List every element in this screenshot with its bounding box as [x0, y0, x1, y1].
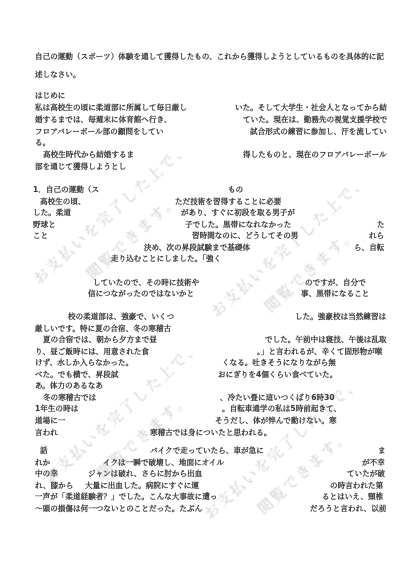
text-fragment: ま [378, 446, 386, 455]
text-fragment: 校の柔道部は、強豪で、いくつ [68, 312, 174, 321]
text-fragment: るとはいえ、頸椎 [322, 492, 383, 501]
text-fragment: ていた。現在は、勤務先の視覚支援学校で [243, 115, 387, 124]
text-fragment: 私は高校生の頃に柔道部に所属して毎日厳し [35, 103, 187, 112]
text-fragment: ら、自転 [354, 243, 384, 252]
text-fragment: こと [33, 231, 48, 240]
text-fragment: 述しなさい。 [35, 70, 81, 79]
text-fragment: 大量に出血した。病院にすぐに運 [85, 481, 199, 490]
text-fragment: あ。体力のあるなあ [35, 381, 103, 390]
text-fragment: 高校生の頃、 [40, 197, 86, 206]
text-fragment: 中の幸 [35, 469, 58, 478]
text-fragment: バイクで走っていたら、車が急に [150, 446, 264, 455]
text-fragment: 1年生の時は [35, 404, 78, 413]
text-fragment: 厳しいです。特に夏の合宿、冬の寒稽古 [35, 324, 171, 333]
text-fragment: 信につながったのではないかと [88, 289, 194, 298]
text-fragment: 言われ [35, 428, 58, 437]
text-fragment: 夏の合宿では、朝から夕方まで昼 [43, 335, 157, 344]
text-fragment: 自己の運動（スポーツ）体験を通して獲得したもの、これから獲得しようとしているもの… [35, 52, 384, 61]
text-fragment: 野球と [33, 220, 56, 229]
text-fragment: ていたが破 [347, 469, 385, 478]
text-fragment: る。 [35, 138, 50, 147]
text-fragment: 1．自己の運動（ス [33, 185, 99, 194]
text-fragment: 子でした。黒帯になれなかった [185, 220, 291, 229]
text-fragment: もの [228, 185, 243, 194]
text-fragment: だろうと言われ、以前 [310, 504, 386, 513]
text-fragment: けず、水しか入らなかった。 [35, 358, 133, 367]
text-fragment: 。」と言われるが、辛くて固形物が喉 [257, 347, 382, 356]
text-fragment: 部を通じて獲得しようとし [35, 162, 126, 171]
text-fragment: そうだし、体が悴んで動けない。寒 [215, 416, 337, 425]
text-fragment: 事、黒帯になること [301, 289, 369, 298]
text-fragment: べた。でも横で、昇段試 [35, 370, 118, 379]
text-fragment: 習時間なのに、どうしてその男 [192, 231, 298, 240]
text-fragment: ただ技術を習得することに必要 [175, 197, 281, 206]
document-page: お支払いを完了した上で、閲覧できます。お支払いを完了した上で、閲覧できます。お支… [0, 0, 410, 580]
text-fragment: していたので、その時に技術や [93, 278, 199, 287]
text-fragment: ジャンは破れ、さらに肘から出血 [88, 469, 202, 478]
text-fragment: り、昼ご飯時には、用意された食 [35, 347, 149, 356]
text-fragment: 走り込むことにしました。「強く [111, 254, 221, 263]
text-fragment: の時言われた第 [330, 481, 383, 490]
text-fragment: はじめに [35, 91, 65, 100]
text-fragment: いた。そして大学生・社会人となってから結 [235, 103, 387, 112]
text-fragment: おにぎりを4個くらい食べていた。 [218, 370, 337, 379]
text-fragment: した。強豪校は当然練習は [295, 312, 386, 321]
text-fragment: 道場に一 [35, 416, 65, 425]
text-fragment: 高校生時代から結婚するま [43, 150, 134, 159]
text-fragment: でした。午前中は寝技、午後は乱取 [265, 335, 387, 344]
text-fragment: のですが、自分で [305, 278, 366, 287]
text-fragment: れら [369, 231, 384, 240]
text-fragment: 婚するまでは、毎週末に体育館へ行き、 [35, 115, 172, 124]
text-fragment: 得したものと、現在のフロアバレーボール [243, 150, 387, 159]
text-fragment: 冬の寒稽古では [43, 393, 96, 402]
text-fragment: 話 [40, 446, 48, 455]
text-fragment: が不幸 [362, 458, 385, 467]
text-fragment: 。自転車通学の私は5時前起きて、 [222, 404, 341, 413]
text-fragment: イクは一瞬で破壊し、地面にオイル [103, 458, 224, 467]
text-fragment: ～頭の損傷は何一つないとのことだった。たぶん [35, 504, 202, 513]
text-fragment: があり、すぐに初段を取る男子が [181, 208, 295, 217]
text-fragment: した。柔道 [33, 208, 71, 217]
text-fragment: 決め、次の昇段試験まで基礎体 [144, 243, 250, 252]
text-fragment: れ、膝から [35, 481, 73, 490]
text-fragment: た [377, 220, 385, 229]
text-fragment: 寒稽古では身についたと思われる。 [150, 428, 271, 437]
text-fragment: くなる。吐きそうになりながら無 [222, 358, 336, 367]
text-fragment: 一声が「柔道経験者？」でした。こんな大事故に遭っ [35, 492, 217, 501]
text-fragment: れか [35, 458, 50, 467]
text-fragment: 、冷たい畳に這いつくばり6時30 [220, 393, 335, 402]
text-fragment: フロアバレーボール部の顧問をしてい [35, 127, 163, 136]
text-fragment: 試合形式の練習に参加し、汗を流してい [250, 127, 387, 136]
